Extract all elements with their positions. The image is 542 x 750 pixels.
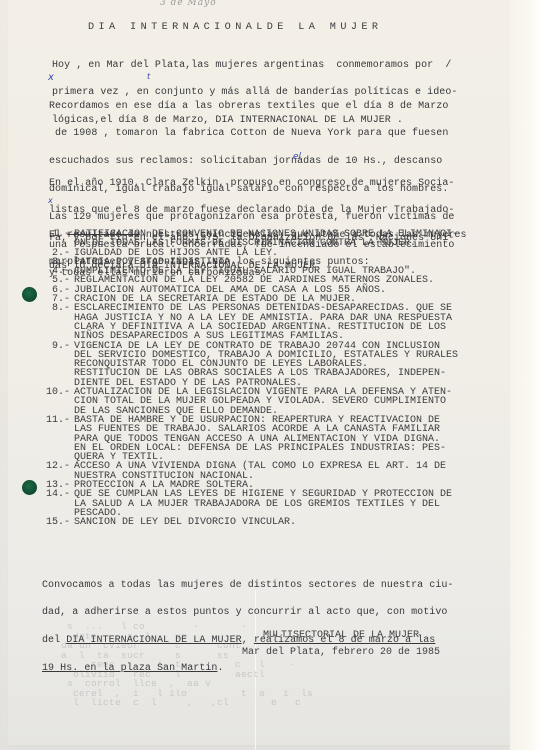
text-line: Convocamos a todas las mujeres de distin…: [42, 581, 453, 590]
list-item-text: RATIFICACION DEL CONVENIO DE NACIONES UN…: [74, 230, 458, 249]
handwritten-x-mark: x: [48, 72, 54, 83]
text-line: Hoy , en Mar del Plata,las mujeres argen…: [52, 61, 457, 70]
list-item-number: 1.-: [46, 230, 74, 249]
list-item-text: QUE SE CUMPLAN LAS LEYES DE HIGIENE Y SE…: [74, 490, 452, 518]
punch-hole-upper: [22, 287, 37, 302]
text-line: Recordamos en ese día a las obreras text…: [49, 102, 454, 111]
text-line: En el año 1910, Clara Zelkin, propuso en…: [49, 179, 454, 188]
handwritten-t-mark: t: [147, 72, 150, 81]
list-item-text: SANCION DE LEY DEL DIVORCIO VINCULAR.: [74, 518, 296, 527]
list-item-number: 12.-: [46, 462, 74, 481]
list-item-number: 14.-: [46, 490, 74, 518]
handwritten-note-top: 3 de Mayo: [160, 0, 217, 8]
signature-organization: MULTISECTORIAL DE LA MUJER: [263, 630, 419, 641]
list-item: 10.-ACTUALIZACION DE LA LEGISLACION VIGE…: [46, 388, 458, 416]
list-item: 9.-VIGENCIA DE LA LEY DE CONTRATO DE TRA…: [46, 342, 458, 388]
list-item-text: ACTUALIZACION DE LA LEGISLACION VIGENTE …: [74, 388, 452, 416]
document-title: DIA INTERNACIONALDE LA MUJER: [88, 22, 382, 33]
signature-place-date: Mar del Plata, febrero 20 de 1985: [242, 647, 440, 658]
punch-hole-lower: [22, 480, 37, 495]
list-item: 11.-BASTA DE HAMBRE Y DE USURPACION: REA…: [46, 416, 458, 462]
list-item-number: 8.-: [46, 304, 74, 341]
handwritten-x-mark-2: x: [48, 196, 53, 205]
text-line: dad, a adherirse a estos puntos y concur…: [42, 608, 453, 617]
list-item-number: 11.-: [46, 416, 74, 462]
background-edge: [510, 0, 542, 750]
list-item-text: ESCLARECIMIENTO DE LAS PERSONAS DETENIDA…: [74, 304, 452, 341]
demands-list: 1.-RATIFICACION DEL CONVENIO DE NACIONES…: [46, 230, 458, 528]
text-line: LA SALUD A LA MUJER TRABAJADORA DE LOS G…: [74, 500, 452, 509]
list-item-text: ACCESO A UNA VIVIENDA DIGNA (TAL COMO LO…: [74, 462, 446, 481]
list-item: 15.-SANCION DE LEY DEL DIVORCIO VINCULAR…: [46, 518, 458, 527]
list-item-text: VIGENCIA DE LA LEY DE CONTRATO DE TRABAJ…: [74, 342, 458, 388]
list-item-number: 9.-: [46, 342, 74, 388]
list-item: 14.-QUE SE CUMPLAN LAS LEYES DE HIGIENE …: [46, 490, 458, 518]
list-item: 8.-ESCLARECIMIENTO DE LAS PERSONAS DETEN…: [46, 304, 458, 341]
text-line: SANCION DE LEY DEL DIVORCIO VINCULAR.: [74, 518, 296, 527]
list-item-number: 15.-: [46, 518, 74, 527]
list-item-text: BASTA DE HAMBRE Y DE USURPACION: REAPERT…: [74, 416, 446, 462]
text-line: de 1908 , tomaron la fabrica Cotton de N…: [49, 129, 454, 138]
list-item: 12.-ACCESO A UNA VIVIENDA DIGNA (TAL COM…: [46, 462, 458, 481]
list-item: 1.-RATIFICACION DEL CONVENIO DE NACIONES…: [46, 230, 458, 249]
list-item-number: 10.-: [46, 388, 74, 416]
